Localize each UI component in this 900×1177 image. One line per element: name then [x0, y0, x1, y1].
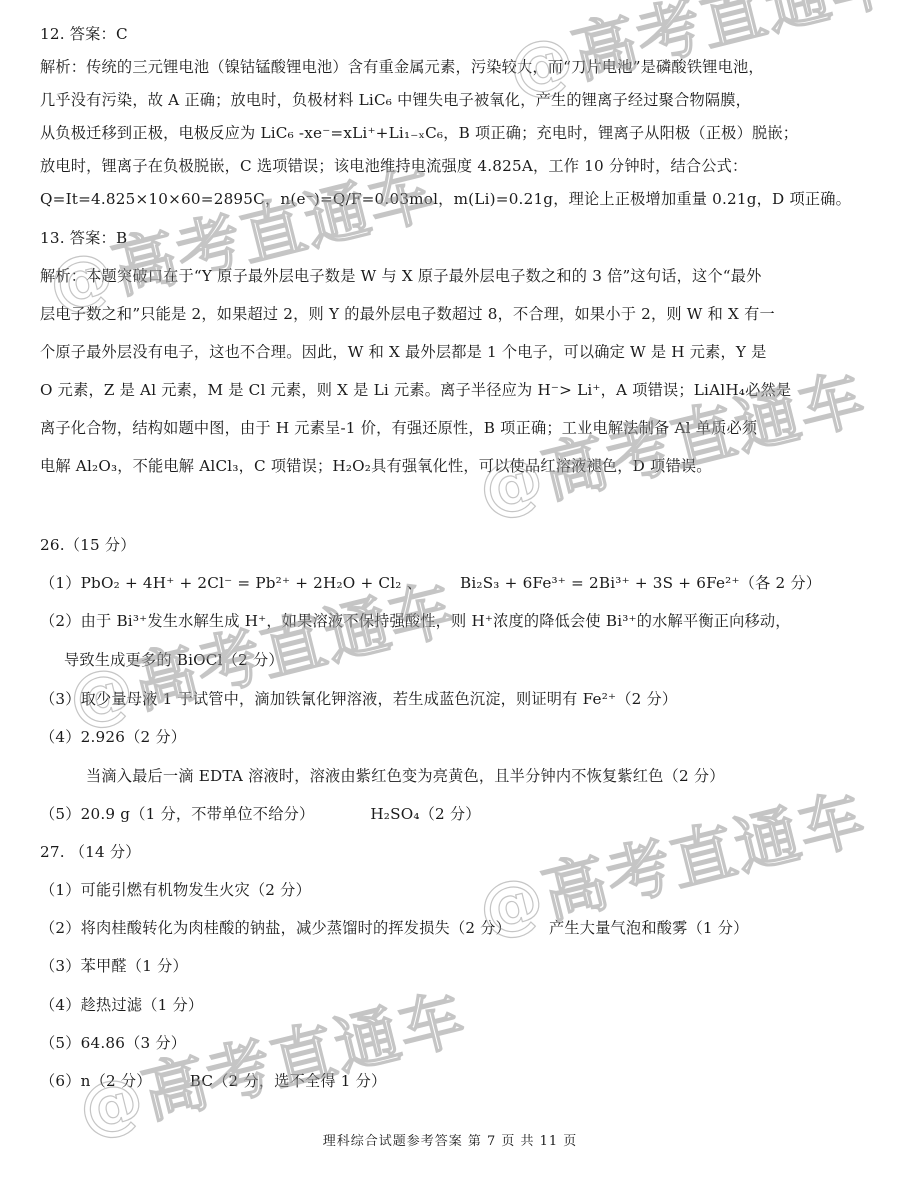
- q26-part4-cont: 当滴入最后一滴 EDTA 溶液时，溶液由紫红色变为亮黄色，且半分钟内不恢复紫红色…: [86, 766, 725, 786]
- q26-part5-a: （5）20.9 g（1 分，不带单位不给分）: [40, 805, 314, 823]
- q13-explanation-line: O 元素，Z 是 Al 元素，M 是 Cl 元素，则 X 是 Li 元素。离子半…: [40, 380, 791, 400]
- q26-part3: （3）取少量母液 1 于试管中，滴加铁氰化钾溶液，若生成蓝色沉淀，则证明有 Fe…: [40, 689, 677, 709]
- watermark: @高考直通车: [468, 347, 874, 532]
- q26-part2: （2）由于 Bi³⁺发生水解生成 H⁺，如果溶液不保持强酸性，则 H⁺浓度的降低…: [40, 611, 791, 631]
- q27-part1: （1）可能引燃有机物发生火灾（2 分）: [40, 880, 311, 900]
- q12-answer: 12. 答案：C: [40, 24, 128, 44]
- page-footer: 理科综合试题参考答案 第 7 页 共 11 页: [0, 1130, 900, 1149]
- q26-part1: （1）PbO₂ + 4H⁺ + 2Cl⁻ = Pb²⁺ + 2H₂O + Cl₂…: [40, 573, 821, 593]
- q26-part5-b: H₂SO₄（2 分）: [370, 805, 480, 823]
- q26-part2-cont: 导致生成更多的 BiOCl（2 分）: [64, 650, 284, 670]
- q26-part1-eq2: Bi₂S₃ + 6Fe³⁺ = 2Bi³⁺ + 3S + 6Fe²⁺（各 2 分…: [460, 574, 821, 592]
- q27-part6: （6）n（2 分）BC（2 分，选不全得 1 分）: [40, 1071, 386, 1091]
- q26-part5: （5）20.9 g（1 分，不带单位不给分）H₂SO₄（2 分）: [40, 804, 481, 824]
- q13-answer: 13. 答案：B: [40, 228, 127, 248]
- q27-part3: （3）苯甲醛（1 分）: [40, 956, 188, 976]
- q12-explanation-line: 从负极迁移到正极，电极反应为 LiC₆ -xe⁻=xLi⁺+Li₁₋ₓC₆，B …: [40, 123, 798, 143]
- q27-part4: （4）趁热过滤（1 分）: [40, 995, 203, 1015]
- q13-explanation-line: 电解 Al₂O₃，不能电解 AlCl₃，C 项错误；H₂O₂具有强氧化性，可以使…: [40, 456, 712, 476]
- q13-explanation-line: 离子化合物，结构如题中图，由于 H 元素呈-1 价，有强还原性，B 项正确；工业…: [40, 418, 757, 438]
- q27-part2-b: 产生大量气泡和酸雾（1 分）: [549, 919, 749, 937]
- q26-part1-eq1: （1）PbO₂ + 4H⁺ + 2Cl⁻ = Pb²⁺ + 2H₂O + Cl₂…: [40, 574, 422, 592]
- q27-part2-a: （2）将肉桂酸转化为肉桂酸的钠盐，减少蒸馏时的挥发损失（2 分）: [40, 919, 511, 937]
- q13-explanation-line: 个原子最外层没有电子，这也不合理。因此，W 和 X 最外层都是 1 个电子，可以…: [40, 342, 767, 362]
- q12-explanation-line: 解析：传统的三元锂电池（镍钴锰酸锂电池）含有重金属元素，污染较大，而“刀片电池”…: [40, 57, 764, 77]
- q12-explanation-line: 放电时，锂离子在负极脱嵌，C 选项错误；该电池维持电流强度 4.825A，工作 …: [40, 156, 747, 176]
- q27-part2: （2）将肉桂酸转化为肉桂酸的钠盐，减少蒸馏时的挥发损失（2 分）产生大量气泡和酸…: [40, 918, 749, 938]
- q27-part5: （5）64.86（3 分）: [40, 1033, 186, 1053]
- q13-explanation-line: 解析：本题突破口在于“Y 原子最外层电子数是 W 与 X 原子最外层电子数之和的…: [40, 266, 762, 286]
- q26-title: 26.（15 分）: [40, 535, 136, 555]
- q12-explanation-line: Q=It=4.825×10×60=2895C，n(e⁻)=Q/F=0.03mol…: [40, 189, 851, 209]
- q27-title: 27. （14 分）: [40, 842, 141, 862]
- q26-part4: （4）2.926（2 分）: [40, 727, 186, 747]
- q27-part6-b: BC（2 分，选不全得 1 分）: [190, 1072, 387, 1090]
- answer-key-page: 12. 答案：C 解析：传统的三元锂电池（镍钴锰酸锂电池）含有重金属元素，污染较…: [0, 0, 900, 1177]
- q27-part6-a: （6）n（2 分）: [40, 1072, 152, 1090]
- q13-explanation-line: 层电子数之和”只能是 2，如果超过 2，则 Y 的最外层电子数超过 8，不合理，…: [40, 304, 775, 324]
- q12-explanation-line: 几乎没有污染，故 A 正确；放电时，负极材料 LiC₆ 中锂失电子被氧化，产生的…: [40, 90, 751, 110]
